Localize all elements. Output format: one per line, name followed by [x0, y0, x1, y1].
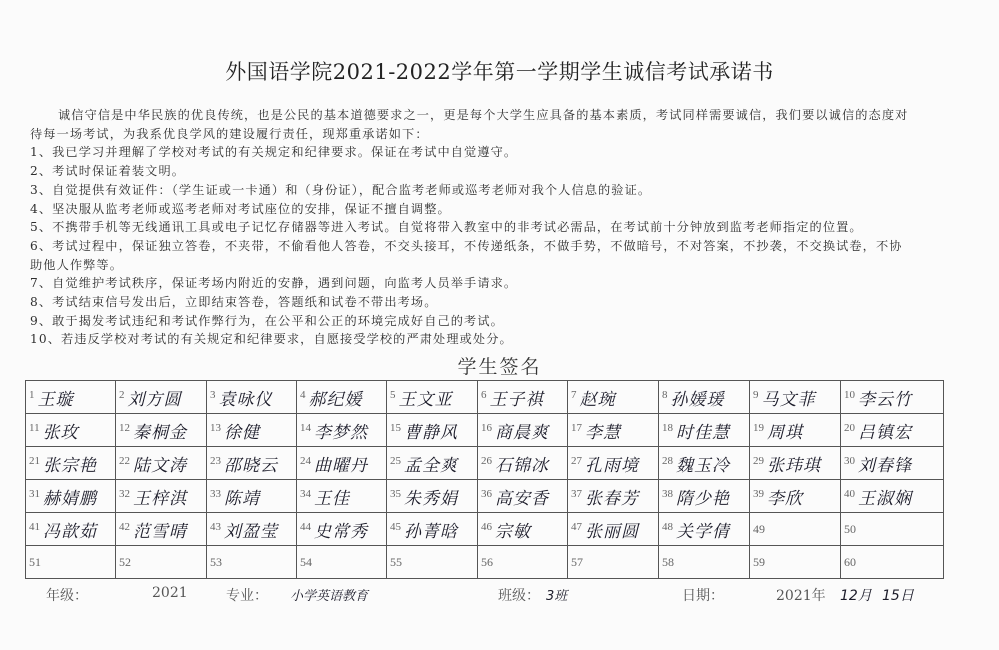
signature-cell: 10李云竹	[841, 381, 944, 414]
signature-cell: 35朱秀娟	[387, 480, 478, 513]
student-signature: 王淑娴	[858, 489, 912, 509]
student-signature: 刘春锋	[858, 456, 912, 476]
pledge-item: 4、坚决服从监考老师或巡考老师对考试座位的安排，保证不擅自调整。	[30, 200, 950, 219]
intro-line: 待每一场考试，为我系优良学风的建设履行责任，现郑重承诺如下：	[30, 125, 950, 144]
seat-number: 57	[571, 555, 583, 569]
student-signature: 周琪	[767, 423, 803, 443]
student-signature: 商晨爽	[495, 423, 549, 443]
signature-cell: 30刘春锋	[841, 447, 944, 480]
seat-number: 30	[844, 455, 855, 467]
student-signature: 王璇	[38, 390, 74, 410]
signature-cell: 1王璇	[26, 381, 116, 414]
student-signature: 高安香	[495, 489, 549, 509]
seat-number: 56	[481, 555, 493, 569]
signature-cell: 55	[387, 546, 478, 579]
seat-number: 14	[300, 422, 311, 434]
seat-number: 54	[300, 555, 312, 569]
seat-number: 34	[300, 488, 311, 500]
grade-value: 2021	[152, 585, 188, 601]
seat-number: 31	[29, 488, 40, 500]
signature-cell: 44史常秀	[297, 513, 387, 546]
signature-cell: 45孙菁晗	[387, 513, 478, 546]
signature-cell: 53	[207, 546, 297, 579]
signature-row: 21张宗艳22陆文涛23邵晓云24曲曜丹25孟全爽26石锦冰27孔雨境28魏玉冷…	[26, 447, 944, 480]
pledge-item: 9、敢于揭发考试违纪和考试作弊行为，在公平和公正的环境完成好自己的考试。	[30, 312, 950, 331]
seat-number: 23	[210, 455, 221, 467]
seat-number: 22	[119, 455, 130, 467]
pledge-item: 6、考试过程中，保证独立答卷，不夹带，不偷看他人答卷，不交头接耳，不传递纸条，不…	[30, 237, 950, 256]
signature-table: 1王璇2刘方圆3袁咏仪4郝纪媛5王文亚6王子祺7赵琬8孙媛瑗9马文菲10李云竹1…	[25, 380, 944, 579]
signature-cell: 59	[750, 546, 841, 579]
seat-number: 55	[390, 555, 402, 569]
signature-cell: 18时佳慧	[659, 414, 750, 447]
student-signature: 孙菁晗	[404, 522, 458, 542]
pledge-body: 诚信守信是中华民族的优良传统，也是公民的基本道德要求之一，更是每个大学生应具备的…	[30, 106, 950, 349]
seat-number: 60	[844, 555, 856, 569]
student-signature: 关学倩	[676, 522, 730, 542]
date-month: 12月	[840, 585, 872, 605]
student-signature: 张丽圆	[585, 522, 639, 542]
seat-number: 48	[662, 521, 673, 533]
seat-number: 18	[662, 422, 673, 434]
student-signature: 赫婧鹏	[43, 489, 97, 509]
seat-number: 38	[662, 488, 673, 500]
student-signature: 陆文涛	[133, 456, 187, 476]
student-signature: 朱秀娟	[404, 489, 458, 509]
student-signature: 宗敏	[495, 522, 531, 542]
seat-number: 41	[29, 521, 40, 533]
pledge-item: 1、我已学习并理解了学校对考试的有关规定和纪律要求。保证在考试中自觉遵守。	[30, 143, 950, 162]
seat-number: 21	[29, 455, 40, 467]
signature-cell: 56	[478, 546, 568, 579]
seat-number: 25	[390, 455, 401, 467]
seat-number: 32	[119, 488, 130, 500]
signature-cell: 60	[841, 546, 944, 579]
seat-number: 35	[390, 488, 401, 500]
signature-cell: 4郝纪媛	[297, 381, 387, 414]
seat-number: 44	[300, 521, 311, 533]
signature-cell: 57	[568, 546, 659, 579]
signature-row: 41冯歆茹42范雪晴43刘盈莹44史常秀45孙菁晗46宗敏47张丽圆48关学倩4…	[26, 513, 944, 546]
student-signature: 史常秀	[314, 522, 368, 542]
student-signature: 时佳慧	[676, 423, 730, 443]
seat-number: 28	[662, 455, 673, 467]
signature-cell: 58	[659, 546, 750, 579]
student-signature: 吕镇宏	[858, 423, 912, 443]
seat-number: 9	[753, 389, 759, 401]
signature-cell: 3袁咏仪	[207, 381, 297, 414]
date-day: 15日	[882, 585, 914, 605]
signature-cell: 33陈靖	[207, 480, 297, 513]
pledge-item: 2、考试时保证着装文明。	[30, 162, 950, 181]
signature-cell: 16商晨爽	[478, 414, 568, 447]
signature-cell: 39李欣	[750, 480, 841, 513]
student-signature: 隋少艳	[676, 489, 730, 509]
seat-number: 59	[753, 555, 765, 569]
signature-cell: 37张春芳	[568, 480, 659, 513]
student-signature: 张玮琪	[767, 456, 821, 476]
seat-number: 3	[210, 389, 216, 401]
grade-label: 年级：	[46, 585, 88, 605]
seat-number: 43	[210, 521, 221, 533]
student-signature: 刘盈莹	[224, 522, 278, 542]
seat-number: 40	[844, 488, 855, 500]
student-signature: 李云竹	[858, 390, 912, 410]
class-label: 班级：	[498, 585, 540, 605]
student-signature: 范雪晴	[133, 522, 187, 542]
signature-cell: 43刘盈莹	[207, 513, 297, 546]
seat-number: 47	[571, 521, 582, 533]
signature-cell: 19周琪	[750, 414, 841, 447]
student-signature: 王梓淇	[133, 489, 187, 509]
seat-number: 7	[571, 389, 577, 401]
student-signature: 孟全爽	[404, 456, 458, 476]
seat-number: 17	[571, 422, 582, 434]
form-footer: 年级： 2021 专业： 小学英语教育 班级： 3班 日期： 2021年 12月…	[0, 585, 999, 609]
seat-number: 39	[753, 488, 764, 500]
signature-cell: 25孟全爽	[387, 447, 478, 480]
student-signature: 徐健	[224, 423, 260, 443]
seat-number: 49	[753, 522, 765, 536]
seat-number: 29	[753, 455, 764, 467]
student-signature: 陈靖	[224, 489, 260, 509]
seat-number: 42	[119, 521, 130, 533]
seat-number: 11	[29, 422, 40, 434]
signature-cell: 46宗敏	[478, 513, 568, 546]
date-year: 2021年	[776, 585, 826, 605]
signature-cell: 38隋少艳	[659, 480, 750, 513]
signature-row: 1王璇2刘方圆3袁咏仪4郝纪媛5王文亚6王子祺7赵琬8孙媛瑗9马文菲10李云竹	[26, 381, 944, 414]
student-signature: 李梦然	[314, 423, 368, 443]
student-signature: 石锦冰	[495, 456, 549, 476]
signature-cell: 12秦桐金	[116, 414, 207, 447]
seat-number: 36	[481, 488, 492, 500]
student-signature: 孙媛瑗	[671, 390, 725, 410]
student-signature: 邵晓云	[224, 456, 278, 476]
student-signature: 孔雨境	[585, 456, 639, 476]
seat-number: 51	[29, 555, 41, 569]
seat-number: 2	[119, 389, 125, 401]
signature-cell: 52	[116, 546, 207, 579]
student-signature: 王子祺	[490, 390, 544, 410]
student-signature: 袁咏仪	[219, 390, 273, 410]
seat-number: 27	[571, 455, 582, 467]
pledge-item: 助他人作弊等。	[30, 256, 950, 275]
student-signature: 郝纪媛	[309, 390, 363, 410]
seat-number: 5	[390, 389, 396, 401]
signature-cell: 22陆文涛	[116, 447, 207, 480]
seat-number: 1	[29, 389, 35, 401]
student-signature: 曹静风	[404, 423, 458, 443]
seat-number: 26	[481, 455, 492, 467]
intro-line: 诚信守信是中华民族的优良传统，也是公民的基本道德要求之一，更是每个大学生应具备的…	[30, 106, 950, 125]
seat-number: 8	[662, 389, 668, 401]
signature-cell: 24曲曜丹	[297, 447, 387, 480]
signature-cell: 54	[297, 546, 387, 579]
signature-cell: 13徐健	[207, 414, 297, 447]
signature-cell: 28魏玉冷	[659, 447, 750, 480]
pledge-item: 7、自觉维护考试秩序，保证考场内附近的安静，遇到问题，向监考人员举手请求。	[30, 274, 950, 293]
signature-cell: 50	[841, 513, 944, 546]
seat-number: 37	[571, 488, 582, 500]
major-label: 专业：	[226, 585, 268, 605]
signature-cell: 26石锦冰	[478, 447, 568, 480]
signature-cell: 34王佳	[297, 480, 387, 513]
pledge-item: 5、不携带手机等无线通讯工具或电子记忆存储器等进入考试。自觉将带入教室中的非考试…	[30, 218, 950, 237]
signature-cell: 9马文菲	[750, 381, 841, 414]
seat-number: 10	[844, 389, 855, 401]
signature-cell: 42范雪晴	[116, 513, 207, 546]
seat-number: 16	[481, 422, 492, 434]
seat-number: 46	[481, 521, 492, 533]
major-value: 小学英语教育	[290, 585, 368, 604]
signature-cell: 29张玮琪	[750, 447, 841, 480]
signature-cell: 40王淑娴	[841, 480, 944, 513]
seat-number: 4	[300, 389, 306, 401]
seat-number: 15	[390, 422, 401, 434]
seat-number: 24	[300, 455, 311, 467]
seat-number: 52	[119, 555, 131, 569]
date-label: 日期：	[682, 585, 724, 605]
signature-cell: 14李梦然	[297, 414, 387, 447]
signature-cell: 15曹静风	[387, 414, 478, 447]
student-signature: 秦桐金	[133, 423, 187, 443]
seat-number: 6	[481, 389, 487, 401]
student-signature: 李欣	[767, 489, 803, 509]
signature-cell: 49	[750, 513, 841, 546]
seat-number: 19	[753, 422, 764, 434]
signature-cell: 51	[26, 546, 116, 579]
student-signature: 李慧	[585, 423, 621, 443]
student-signature: 赵琬	[580, 390, 616, 410]
signature-cell: 41冯歆茹	[26, 513, 116, 546]
signature-cell: 6王子祺	[478, 381, 568, 414]
student-signature: 王文亚	[399, 390, 453, 410]
signature-cell: 17李慧	[568, 414, 659, 447]
signature-cell: 21张宗艳	[26, 447, 116, 480]
student-signature: 冯歆茹	[43, 522, 97, 542]
signature-heading: 学生签名	[0, 352, 999, 379]
signature-cell: 2刘方圆	[116, 381, 207, 414]
signature-row: 31赫婧鹏32王梓淇33陈靖34王佳35朱秀娟36高安香37张春芳38隋少艳39…	[26, 480, 944, 513]
seat-number: 13	[210, 422, 221, 434]
student-signature: 刘方圆	[128, 390, 182, 410]
class-value: 3班	[546, 585, 567, 604]
signature-cell: 47张丽圆	[568, 513, 659, 546]
student-signature: 魏玉冷	[676, 456, 730, 476]
signature-cell: 5王文亚	[387, 381, 478, 414]
signature-row: 51525354555657585960	[26, 546, 944, 579]
seat-number: 33	[210, 488, 221, 500]
signature-cell: 48关学倩	[659, 513, 750, 546]
seat-number: 45	[390, 521, 401, 533]
seat-number: 50	[844, 522, 856, 536]
seat-number: 20	[844, 422, 855, 434]
student-signature: 张宗艳	[43, 456, 97, 476]
student-signature: 张玫	[43, 423, 79, 443]
signature-cell: 20吕镇宏	[841, 414, 944, 447]
document-title: 外国语学院2021-2022学年第一学期学生诚信考试承诺书	[0, 56, 999, 86]
seat-number: 58	[662, 555, 674, 569]
signature-cell: 27孔雨境	[568, 447, 659, 480]
student-signature: 曲曜丹	[314, 456, 368, 476]
pledge-item: 10、若违反学校对考试的有关规定和纪律要求，自愿接受学校的严肃处理或处分。	[30, 330, 950, 349]
student-signature: 张春芳	[585, 489, 639, 509]
seat-number: 53	[210, 555, 222, 569]
student-signature: 王佳	[314, 489, 350, 509]
signature-cell: 31赫婧鹏	[26, 480, 116, 513]
signature-row: 11张玫12秦桐金13徐健14李梦然15曹静风16商晨爽17李慧18时佳慧19周…	[26, 414, 944, 447]
signature-cell: 32王梓淇	[116, 480, 207, 513]
student-signature: 马文菲	[762, 390, 816, 410]
signature-cell: 36高安香	[478, 480, 568, 513]
pledge-item: 8、考试结束信号发出后，立即结束答卷，答题纸和试卷不带出考场。	[30, 293, 950, 312]
signature-cell: 8孙媛瑗	[659, 381, 750, 414]
signature-cell: 11张玫	[26, 414, 116, 447]
seat-number: 12	[119, 422, 130, 434]
signature-cell: 7赵琬	[568, 381, 659, 414]
pledge-item: 3、自觉提供有效证件：（学生证或一卡通）和（身份证），配合监考老师或巡考老师对我…	[30, 181, 950, 200]
signature-cell: 23邵晓云	[207, 447, 297, 480]
